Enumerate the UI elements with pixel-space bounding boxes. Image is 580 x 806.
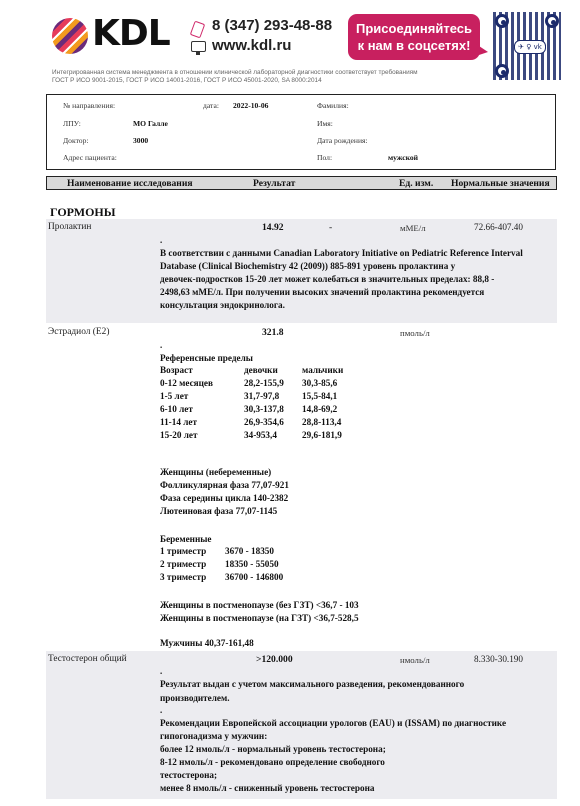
ref-cell: 6-10 лет bbox=[160, 404, 244, 417]
qr-finder-icon bbox=[545, 14, 559, 28]
address-label: Адрес пациента: bbox=[63, 153, 117, 162]
test-norm: 8.330-30.190 bbox=[474, 654, 523, 664]
testosterone-note-1: Результат выдан с учетом максимального р… bbox=[160, 677, 560, 705]
phone-icon bbox=[190, 21, 205, 39]
note-line: Женщины в постменопаузе (без ГЗТ) <36,7 … bbox=[160, 599, 359, 612]
test-result: 321.8 bbox=[262, 327, 284, 338]
referral-label: № направления: bbox=[63, 101, 115, 110]
note-dot: . bbox=[160, 666, 162, 676]
ref-cell: 3 триместр bbox=[160, 572, 225, 585]
ref-col-age: Возраст bbox=[160, 365, 244, 378]
ref-cell: 36700 - 146800 bbox=[225, 572, 283, 585]
iso-certification: Интегрированная система менеджмента в от… bbox=[52, 69, 492, 85]
note-line: Лютеиновая фаза 77,07-1145 bbox=[160, 505, 289, 518]
qr-finder-icon bbox=[495, 64, 509, 78]
date-value: 2022-10-06 bbox=[233, 101, 268, 110]
note-line: девочек-подростков 15-20 лет может колеб… bbox=[160, 273, 560, 286]
test-name: Эстрадиол (E2) bbox=[48, 327, 109, 337]
women-nonpregnant-block: Женщины (небеременные) Фолликулярная фаз… bbox=[160, 466, 289, 518]
col-norm: Нормальные значения bbox=[451, 178, 550, 189]
note-line: более 12 нмоль/л - нормальный уровень те… bbox=[160, 743, 560, 756]
test-result: >120.000 bbox=[256, 654, 293, 665]
note-line: Фолликулярная фаза 77,07-921 bbox=[160, 479, 289, 492]
note-dot: . bbox=[160, 705, 162, 715]
ref-title: Референсные пределы bbox=[160, 352, 253, 365]
note-line: Рекомендации Европейской ассоциации урол… bbox=[160, 717, 560, 730]
ref-cell: 11-14 лет bbox=[160, 417, 244, 430]
doctor-label: Доктор: bbox=[63, 136, 89, 145]
result-flag: - bbox=[329, 222, 332, 233]
social-banner-line2: к нам в соцсетях! bbox=[348, 37, 480, 54]
estradiol-ref-table: Возраст девочки мальчики 0-12 месяцев28,… bbox=[160, 365, 343, 443]
birthdate-label: Дата рождения: bbox=[317, 136, 368, 145]
ref-cell: 29,6-181,9 bbox=[302, 430, 343, 443]
ref-cell: 28,2-155,9 bbox=[244, 378, 302, 391]
ref-col-girls: девочки bbox=[244, 365, 302, 378]
note-line: Женщины (небеременные) bbox=[160, 466, 289, 479]
note-line: Результат выдан с учетом максимального р… bbox=[160, 677, 560, 691]
ref-cell: 1 триместр bbox=[160, 546, 225, 559]
pregnant-title: Беременные bbox=[160, 533, 212, 546]
ref-cell: 14,8-69,2 bbox=[302, 404, 343, 417]
sex-label: Пол: bbox=[317, 153, 332, 162]
postmenopause-block: Женщины в постменопаузе (без ГЗТ) <36,7 … bbox=[160, 599, 359, 625]
test-result: 14.92 bbox=[262, 222, 284, 233]
website-link[interactable]: www.kdl.ru bbox=[212, 37, 291, 54]
test-unit: нмоль/л bbox=[400, 655, 430, 665]
ref-cell: 1-5 лет bbox=[160, 391, 244, 404]
lpu-value: МО Галле bbox=[133, 119, 168, 128]
col-name: Наименование исследования bbox=[67, 178, 193, 189]
ref-cell: 15,5-84,1 bbox=[302, 391, 343, 404]
monitor-icon bbox=[191, 41, 206, 52]
ref-cell: 0-12 месяцев bbox=[160, 378, 244, 391]
test-unit: мМЕ/л bbox=[400, 223, 426, 233]
col-unit: Ед. изм. bbox=[399, 178, 433, 189]
ref-cell: 31,7-97,8 bbox=[244, 391, 302, 404]
sex-value: мужской bbox=[388, 153, 418, 162]
section-title: ГОРМОНЫ bbox=[50, 205, 116, 220]
iso-line-1: Интегрированная система менеджмента в от… bbox=[52, 69, 492, 77]
note-line: тестостерона; bbox=[160, 769, 560, 782]
prolactin-row: Пролактин 14.92 - мМЕ/л 72.66-407.40 . В… bbox=[46, 219, 557, 323]
results-table-header: Наименование исследования Результат Ед. … bbox=[46, 176, 557, 190]
col-result: Результат bbox=[253, 178, 295, 189]
iso-line-2: ГОСТ Р ИСО 9001-2015, ГОСТ Р ИСО 14001-2… bbox=[52, 77, 492, 85]
firstname-label: Имя: bbox=[317, 119, 333, 128]
qr-finder-icon bbox=[495, 14, 509, 28]
note-line: 8-12 нмоль/л - рекомендовано определение… bbox=[160, 756, 560, 769]
date-label: дата: bbox=[203, 101, 219, 110]
note-line: Database (Clinical Biochemistry 42 (2009… bbox=[160, 260, 560, 273]
estradiol-row: Эстрадиол (E2) 321.8 пмоль/л . Референсн… bbox=[46, 323, 557, 649]
test-norm: 72.66-407.40 bbox=[474, 222, 523, 232]
note-line: гипогонадизма у мужчин: bbox=[160, 730, 560, 743]
social-banner-line1: Присоединяйтесь bbox=[348, 20, 480, 37]
ref-cell: 15-20 лет bbox=[160, 430, 244, 443]
kdl-logo-text: KDL bbox=[92, 14, 170, 54]
kdl-logo-icon bbox=[52, 18, 88, 54]
lastname-label: Фамилия: bbox=[317, 101, 349, 110]
note-line: производителем. bbox=[160, 691, 560, 705]
note-line: 2498,63 мМЕ/л. При получении высоких зна… bbox=[160, 286, 560, 299]
testosterone-row: Тестостерон общий >120.000 нмоль/л 8.330… bbox=[46, 651, 557, 799]
test-name: Тестостерон общий bbox=[48, 654, 127, 664]
note-dot: . bbox=[160, 340, 162, 350]
prolactin-note: В соответствии с данными Canadian Labora… bbox=[160, 247, 560, 312]
men-range: Мужчины 40,37-161,48 bbox=[160, 637, 254, 650]
ref-cell: 30,3-137,8 bbox=[244, 404, 302, 417]
ref-cell: 3670 - 18350 bbox=[225, 546, 283, 559]
lpu-label: ЛПУ: bbox=[63, 119, 81, 128]
social-icons: ✈ ♀ vk bbox=[514, 40, 546, 54]
ref-cell: 34-953,4 bbox=[244, 430, 302, 443]
testosterone-note-2: Рекомендации Европейской ассоциации урол… bbox=[160, 717, 560, 795]
test-name: Пролактин bbox=[48, 222, 91, 232]
pregnant-table: 1 триместр3670 - 18350 2 триместр18350 -… bbox=[160, 546, 283, 585]
doctor-value: 3000 bbox=[133, 136, 148, 145]
phone-number[interactable]: 8 (347) 293-48-88 bbox=[212, 17, 332, 34]
ref-cell: 2 триместр bbox=[160, 559, 225, 572]
ref-col-boys: мальчики bbox=[302, 365, 343, 378]
patient-info-box: № направления: дата: 2022-10-06 Фамилия:… bbox=[46, 94, 556, 170]
test-unit: пмоль/л bbox=[400, 328, 430, 338]
note-line: Женщины в постменопаузе (на ГЗТ) <36,7-5… bbox=[160, 612, 359, 625]
note-line: консультация эндокринолога. bbox=[160, 299, 560, 312]
ref-cell: 26,9-354,6 bbox=[244, 417, 302, 430]
ref-cell: 18350 - 55050 bbox=[225, 559, 283, 572]
social-banner: Присоединяйтесь к нам в соцсетях! bbox=[348, 14, 480, 60]
ref-cell: 30,3-85,6 bbox=[302, 378, 343, 391]
ref-cell: 28,8-113,4 bbox=[302, 417, 343, 430]
note-line: менее 8 нмоль/л - сниженный уровень тест… bbox=[160, 782, 560, 795]
note-line: В соответствии с данными Canadian Labora… bbox=[160, 247, 560, 260]
note-line: Фаза середины цикла 140-2382 bbox=[160, 492, 289, 505]
note-dot: . bbox=[160, 235, 162, 245]
